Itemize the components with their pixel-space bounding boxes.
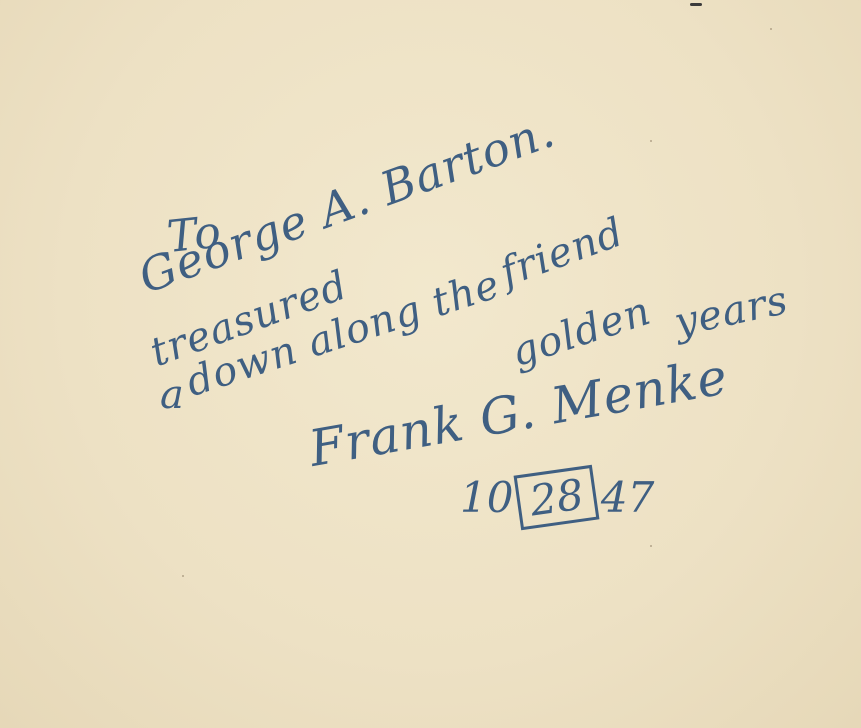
ink-mark xyxy=(690,3,702,6)
paper-speck xyxy=(182,575,184,577)
inscription-date: 102847 xyxy=(460,470,654,525)
date-year: 47 xyxy=(601,473,654,522)
date-day: 28 xyxy=(527,470,587,526)
inscription-word-a: a xyxy=(160,372,185,418)
paper-background xyxy=(0,0,861,728)
paper-speck xyxy=(650,140,652,142)
date-day-box: 28 xyxy=(514,465,600,531)
date-month: 10 xyxy=(460,473,513,522)
paper-speck xyxy=(770,28,772,30)
paper-speck xyxy=(650,545,652,547)
